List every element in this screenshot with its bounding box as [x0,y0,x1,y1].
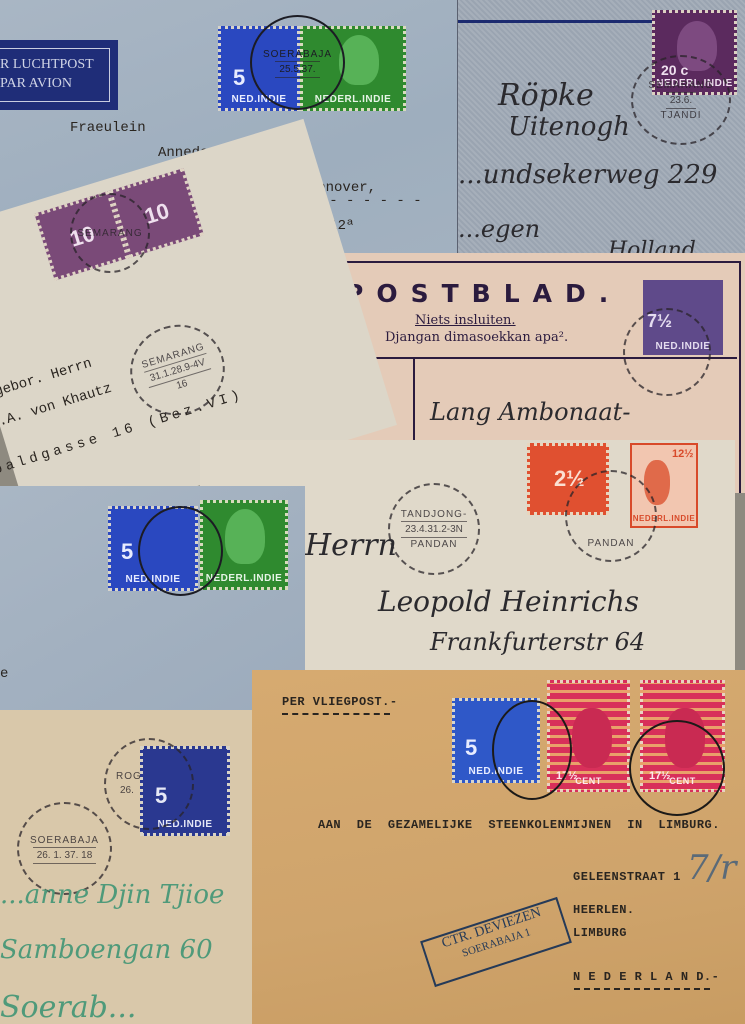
postblad-title: POSTBLAD. [345,279,621,308]
handwriting: ...undsekerweg 229 [458,160,717,190]
postblad-subtitle: Niets insluiten. [415,313,516,328]
postmark-soerabaja: SOERABAJA 25.5.37. [250,15,345,110]
postmark-postblad [623,308,711,396]
address-line: N E D E R L A N D.- [573,970,719,984]
address-fragment: e [0,666,8,682]
handwriting: Leopold Heinrichs [378,585,639,618]
airmail-label: R LUCHTPOST PAR AVION [0,40,118,110]
censor-stamp: CTR. DEVIEZEN SOERABAJA 1 [420,897,572,987]
handwriting: ...anne Djin Tjioe [0,880,224,910]
envelope-grey-linen: 20 c NEDERL.INDIE SEMARANG 23.6. TJANDI … [457,0,745,262]
postmark-pandan: PANDAN [565,470,657,562]
pencil-note: 7/r [687,848,736,888]
postmark-brown-2 [629,720,725,816]
envelope-tan-bottom-left: 5 NED.INDIE ROG 26. SOERABAJA 26. 1. 37.… [0,710,255,1024]
postmark-tandjong-pandan: TANDJONG- 23.4.31.2-3N PANDAN [388,483,480,575]
handwriting: Röpke [498,78,594,113]
postmark-tjandi: SEMARANG 23.6. TJANDI [631,55,731,145]
handwriting: Lang Ambonaat- [430,398,630,426]
airmail-label-line1: R LUCHTPOST [0,57,94,73]
handwriting: Herrn [305,528,397,563]
handwriting: Soerab... [0,990,136,1024]
address-line-1: AAN DE GEZAMELIJKE STEENKOLENMIJNEN IN L… [318,818,720,832]
envelope-brown-bottom-right: PER VLIEGPOST.- 5 NED.INDIE 17½ CENT 17½… [252,670,745,1024]
airmail-header: PER VLIEGPOST.- [282,695,398,709]
handwriting: Samboengan 60 [0,935,213,965]
address-line: Fraeulein [70,120,146,136]
handwriting: Uitenogh [508,112,630,142]
postmark-semarang-top: SEMARANG [70,193,150,273]
postmark-airmail-left [138,506,223,596]
address-line: HEERLEN. [573,903,635,917]
postmark-brown-1 [492,700,572,800]
postblad-subtitle2: Djangan dimasoekkan apa². [385,330,568,345]
handwriting: ...egen [458,215,540,243]
postmark-rog: ROG 26. [104,738,194,830]
address-line: GELEENSTRAAT 1 [573,870,681,884]
airmail-label-line2: PAR AVION [0,76,72,92]
address-line: LIMBURG [573,926,627,940]
handwriting: Frankfurterstr 64 [430,628,645,656]
